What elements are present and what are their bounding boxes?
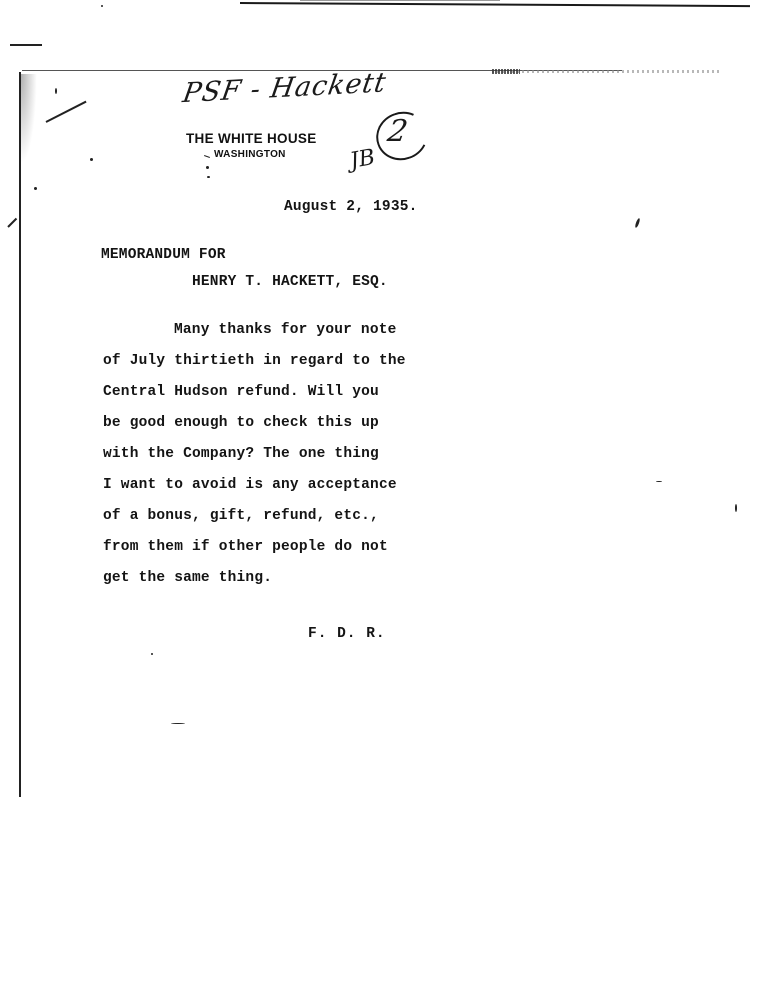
speck	[151, 653, 153, 655]
speck	[171, 723, 185, 724]
scan-edge-faint	[300, 0, 500, 1]
speck	[656, 481, 662, 482]
body-line: of a bonus, gift, refund, etc.,	[103, 508, 379, 524]
body-line: Central Hudson refund. Will you	[103, 384, 379, 400]
speck	[634, 218, 640, 228]
letterhead-mark	[204, 155, 210, 158]
stray-pen-stroke	[46, 101, 87, 123]
memo-date: August 2, 1935.	[284, 199, 418, 215]
page-left-border	[19, 72, 21, 797]
letterhead-subtitle: WASHINGTON	[214, 149, 286, 160]
speck	[206, 166, 209, 169]
scan-left-stub-mark	[10, 44, 42, 46]
body-line: of July thirtieth in regard to the	[103, 353, 406, 369]
speck	[735, 504, 737, 512]
scan-left-tick-mark	[7, 218, 17, 228]
body-line: Many thanks for your note	[174, 322, 397, 338]
speck	[101, 5, 103, 7]
handwritten-initials-annotation: JB	[348, 145, 377, 174]
handwritten-file-annotation: PSF - Hackett	[181, 67, 389, 109]
body-line: I want to avoid is any acceptance	[103, 477, 397, 493]
page-corner-shadow	[21, 74, 37, 164]
speck	[90, 158, 93, 161]
scan-top-edge-line	[240, 2, 750, 7]
body-line: from them if other people do not	[103, 539, 388, 555]
memo-heading: MEMORANDUM FOR	[101, 247, 226, 263]
speck	[34, 187, 37, 190]
memo-addressee: HENRY T. HACKETT, ESQ.	[192, 274, 388, 290]
signature-initials: F. D. R.	[308, 626, 386, 642]
speck	[207, 176, 210, 178]
body-line: be good enough to check this up	[103, 415, 379, 431]
letterhead-title: THE WHITE HOUSE	[186, 131, 317, 146]
scan-speck-row	[492, 70, 722, 73]
scan-speck-cluster	[492, 69, 520, 74]
speck	[55, 88, 57, 94]
body-line: with the Company? The one thing	[103, 446, 379, 462]
body-line: get the same thing.	[103, 570, 272, 586]
